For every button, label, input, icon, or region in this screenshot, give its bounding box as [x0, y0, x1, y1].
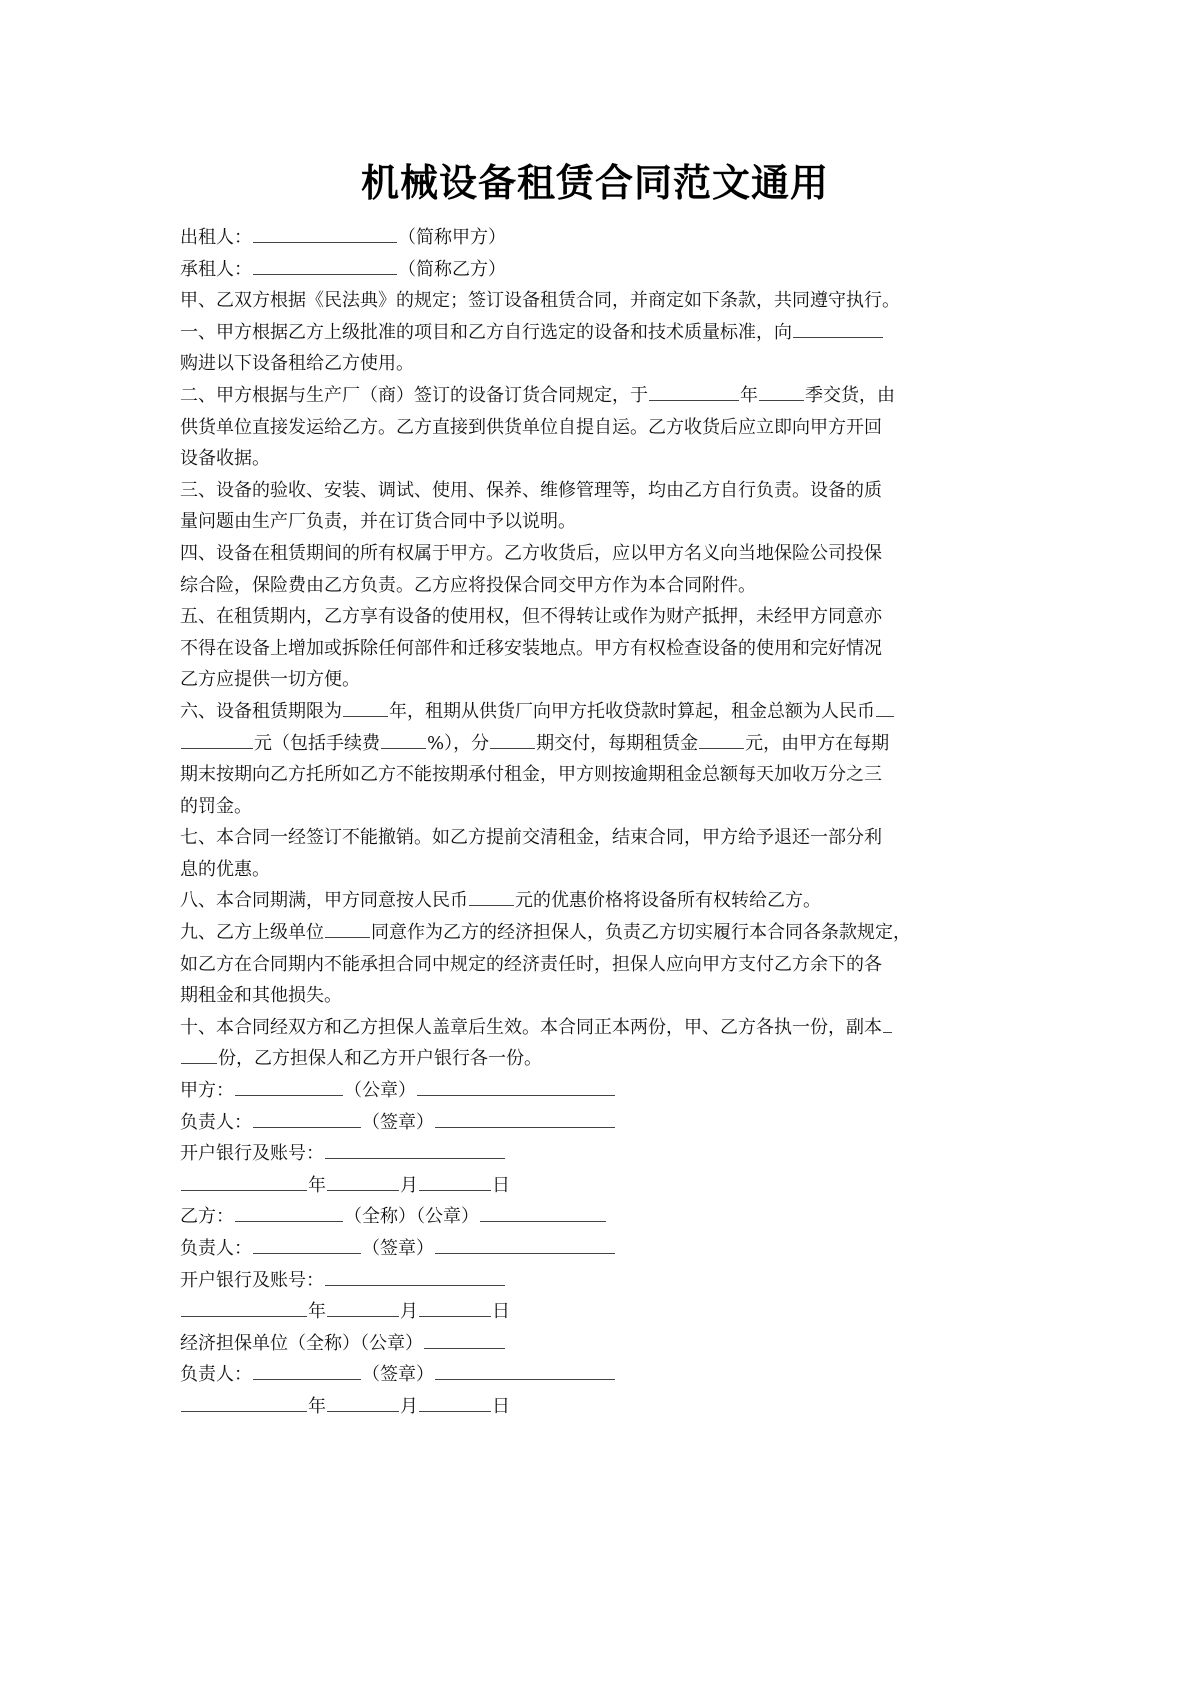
- document-line: 负责人：（签章）: [180, 1233, 1020, 1265]
- document-line: 出租人：（简称甲方）: [180, 222, 1020, 254]
- fill-in-blank: [649, 382, 739, 401]
- document-line: 经济担保单位（全称）（公章）: [180, 1328, 1020, 1360]
- fill-in-blank: [181, 1298, 307, 1317]
- document-line: 九、乙方上级单位同意作为乙方的经济担保人，负责乙方切实履行本合同各条款规定，: [180, 917, 1020, 949]
- document-body: 出租人：（简称甲方）承租人：（简称乙方）甲、乙双方根据《民法典》的规定；签订设备…: [180, 222, 1020, 1423]
- document-line: 综合险，保险费由乙方负责。乙方应将投保合同交甲方作为本合同附件。: [180, 570, 1020, 602]
- fill-in-blank: [435, 1361, 615, 1380]
- document-line: 甲、乙双方根据《民法典》的规定；签订设备租赁合同，并商定如下条款，共同遵守执行。: [180, 285, 1020, 317]
- fill-in-blank: [883, 1014, 892, 1033]
- fill-in-blank: [343, 698, 388, 717]
- document-line: 七、本合同一经签订不能撤销。如乙方提前交清租金，结束合同，甲方给予退还一部分利: [180, 822, 1020, 854]
- fill-in-blank: [181, 1393, 307, 1412]
- document-line: 购进以下设备租给乙方使用。: [180, 348, 1020, 380]
- document-line: 年月日: [180, 1296, 1020, 1328]
- document-line: 八、本合同期满，甲方同意按人民币元的优惠价格将设备所有权转给乙方。: [180, 885, 1020, 917]
- fill-in-blank: [181, 730, 253, 749]
- fill-in-blank: [381, 730, 426, 749]
- fill-in-blank: [235, 1077, 343, 1096]
- fill-in-blank: [235, 1203, 343, 1222]
- fill-in-blank: [327, 1393, 399, 1412]
- fill-in-blank: [424, 1330, 505, 1349]
- fill-in-blank: [325, 1267, 505, 1286]
- document-page: 机械设备租赁合同范文通用 出租人：（简称甲方）承租人：（简称乙方）甲、乙双方根据…: [0, 0, 1190, 1683]
- document-line: 份，乙方担保人和乙方开户银行各一份。: [180, 1043, 1020, 1075]
- fill-in-blank: [253, 1361, 361, 1380]
- fill-in-blank: [469, 887, 514, 906]
- document-line: 的罚金。: [180, 791, 1020, 823]
- fill-in-blank: [417, 1077, 615, 1096]
- document-line: 一、甲方根据乙方上级批准的项目和乙方自行选定的设备和技术质量标准，向: [180, 317, 1020, 349]
- fill-in-blank: [435, 1235, 615, 1254]
- fill-in-blank: [181, 1172, 307, 1191]
- document-line: 五、在租赁期内，乙方享有设备的使用权，但不得转让或作为财产抵押，未经甲方同意亦: [180, 601, 1020, 633]
- document-line: 年月日: [180, 1170, 1020, 1202]
- document-line: 承租人：（简称乙方）: [180, 254, 1020, 286]
- document-line: 元（包括手续费%），分期交付，每期租赁金元，由甲方在每期: [180, 728, 1020, 760]
- fill-in-blank: [181, 1045, 217, 1064]
- document-line: 三、设备的验收、安装、调试、使用、保养、维修管理等，均由乙方自行负责。设备的质: [180, 475, 1020, 507]
- document-line: 设备收据。: [180, 443, 1020, 475]
- document-line: 二、甲方根据与生产厂（商）签订的设备订货合同规定，于年季交货，由: [180, 380, 1020, 412]
- fill-in-blank: [253, 256, 397, 275]
- document-line: 乙方：（全称）（公章）: [180, 1201, 1020, 1233]
- document-line: 负责人：（签章）: [180, 1359, 1020, 1391]
- fill-in-blank: [699, 730, 744, 749]
- fill-in-blank: [327, 1298, 399, 1317]
- fill-in-blank: [419, 1172, 491, 1191]
- document-line: 不得在设备上增加或拆除任何部件和迁移安装地点。甲方有权检查设备的使用和完好情况: [180, 633, 1020, 665]
- fill-in-blank: [419, 1393, 491, 1412]
- document-line: 年月日: [180, 1391, 1020, 1423]
- document-title: 机械设备租赁合同范文通用: [0, 158, 1190, 208]
- document-line: 如乙方在合同期内不能承担合同中规定的经济责任时，担保人应向甲方支付乙方余下的各: [180, 949, 1020, 981]
- fill-in-blank: [419, 1298, 491, 1317]
- document-line: 开户银行及账号：: [180, 1138, 1020, 1170]
- document-line: 乙方应提供一切方便。: [180, 664, 1020, 696]
- document-line: 息的优惠。: [180, 854, 1020, 886]
- fill-in-blank: [793, 319, 883, 338]
- document-line: 甲方：（公章）: [180, 1075, 1020, 1107]
- fill-in-blank: [325, 919, 370, 938]
- document-line: 开户银行及账号：: [180, 1265, 1020, 1297]
- fill-in-blank: [253, 1109, 361, 1128]
- document-line: 负责人：（签章）: [180, 1107, 1020, 1139]
- fill-in-blank: [435, 1109, 615, 1128]
- fill-in-blank: [759, 382, 804, 401]
- fill-in-blank: [253, 224, 397, 243]
- fill-in-blank: [325, 1140, 505, 1159]
- fill-in-blank: [490, 730, 535, 749]
- document-line: 量问题由生产厂负责，并在订货合同中予以说明。: [180, 506, 1020, 538]
- fill-in-blank: [480, 1203, 606, 1222]
- fill-in-blank: [876, 698, 894, 717]
- fill-in-blank: [253, 1235, 361, 1254]
- fill-in-blank: [327, 1172, 399, 1191]
- document-line: 期租金和其他损失。: [180, 980, 1020, 1012]
- document-line: 期末按期向乙方托所如乙方不能按期承付租金，甲方则按逾期租金总额每天加收万分之三: [180, 759, 1020, 791]
- document-line: 六、设备租赁期限为年，租期从供货厂向甲方托收贷款时算起，租金总额为人民币: [180, 696, 1020, 728]
- document-line: 十、本合同经双方和乙方担保人盖章后生效。本合同正本两份，甲、乙方各执一份，副本: [180, 1012, 1020, 1044]
- document-line: 供货单位直接发运给乙方。乙方直接到供货单位自提自运。乙方收货后应立即向甲方开回: [180, 412, 1020, 444]
- document-line: 四、设备在租赁期间的所有权属于甲方。乙方收货后，应以甲方名义向当地保险公司投保: [180, 538, 1020, 570]
